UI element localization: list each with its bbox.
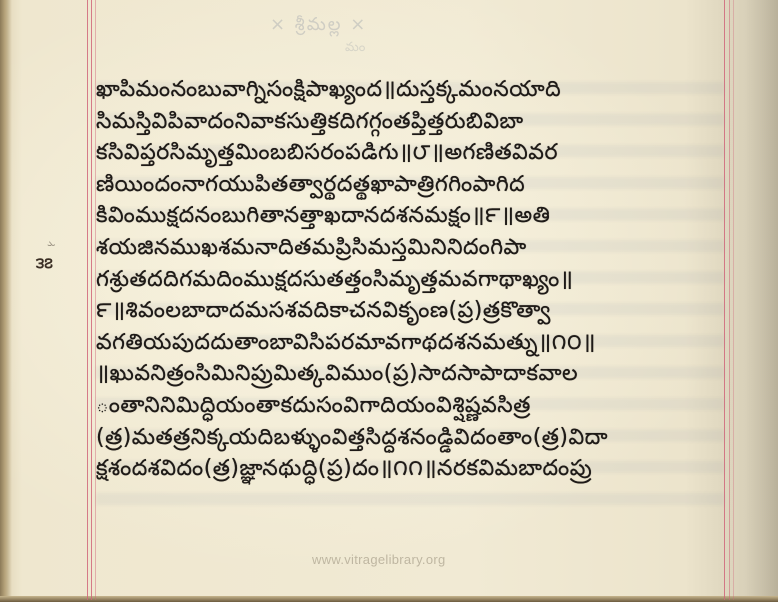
- folio-number: ౩౭: [36, 254, 53, 276]
- right-margin-rule: [733, 0, 734, 600]
- right-margin-rule: [729, 0, 730, 600]
- folio-tick-mark: ܥ: [47, 236, 55, 250]
- manuscript-page: × శ్రీమల్ల × మం ܥ ౩౭ ఖాపిమంనంబువాగ్నిసంక…: [0, 0, 778, 602]
- text-line: కివింముక్షదనంబుగితానత్తాఖదానదశనమక్షం॥౯॥అ…: [96, 200, 724, 232]
- text-line: ఖాపిమంనంబువాగ్నిసంక్షిపాఖ్యంద॥దుస్తక్కమం…: [96, 74, 724, 106]
- manuscript-text: ఖాపిమంనంబువాగ్నిసంక్షిపాఖ్యంద॥దుస్తక్కమం…: [96, 74, 724, 485]
- text-line: (త్ర)మతత్రనిక్కయదిబళ్ళుంవిత్తసిద్ధశనండ్డ…: [96, 422, 724, 454]
- watermark: www.vitragelibrary.org: [312, 552, 446, 567]
- text-line: ంతానినిమిద్ధియంతాకదుసంవిగాదియంవిశ్షిష్ణవ…: [96, 390, 724, 422]
- text-line: సిమస్తివిపివాదంనివాకసుత్తికదిగగ్గంతప్తిత…: [96, 106, 724, 138]
- left-margin-rule: [91, 0, 92, 600]
- right-margin-rule: [724, 0, 725, 600]
- page-fold-shadow: [745, 0, 778, 602]
- bleed-through-subheader: మం: [345, 40, 365, 58]
- text-line: క్షశందశవిదం(త్ర)జ్ఞానథుద్ధి(ప్ర)దం॥౧౧॥నర…: [96, 453, 724, 485]
- page-bottom-edge: [0, 596, 778, 602]
- text-line: ణియిందంనాగయుపితత్వార్థదత్థఖాపాత్రిగగింపా…: [96, 169, 724, 201]
- text-line: గశ్రుతదదిగమదింముక్షదసుతత్తంసిమృత్తమవగాథా…: [96, 264, 724, 296]
- bleed-through-header: × శ్రీమల్ల ×: [270, 14, 390, 39]
- book-spine-shadow: [0, 0, 12, 602]
- text-line: ౯॥శివంలబాదాదమసశవదికాచనవికృంణ(ప్ర)త్రకొత్…: [96, 295, 724, 327]
- text-line: కసివిప్తరసిమృత్తమింబబిసరంపడిగు॥౮॥అగణితవి…: [96, 137, 724, 169]
- text-line: వగతియపుదదుతాంబావిసిపరమావగాథదశనమత్ను॥౧౦॥: [96, 327, 724, 359]
- left-margin-rule: [87, 0, 88, 600]
- text-line: ॥ఖువనిత్రంసిమినిప్రుమిత్కవిముం(ప్ర)సాదసా…: [96, 358, 724, 390]
- text-line: శయజినముఖశమనాదితమప్రిసిమస్తమినినిదంగిపా: [96, 232, 724, 264]
